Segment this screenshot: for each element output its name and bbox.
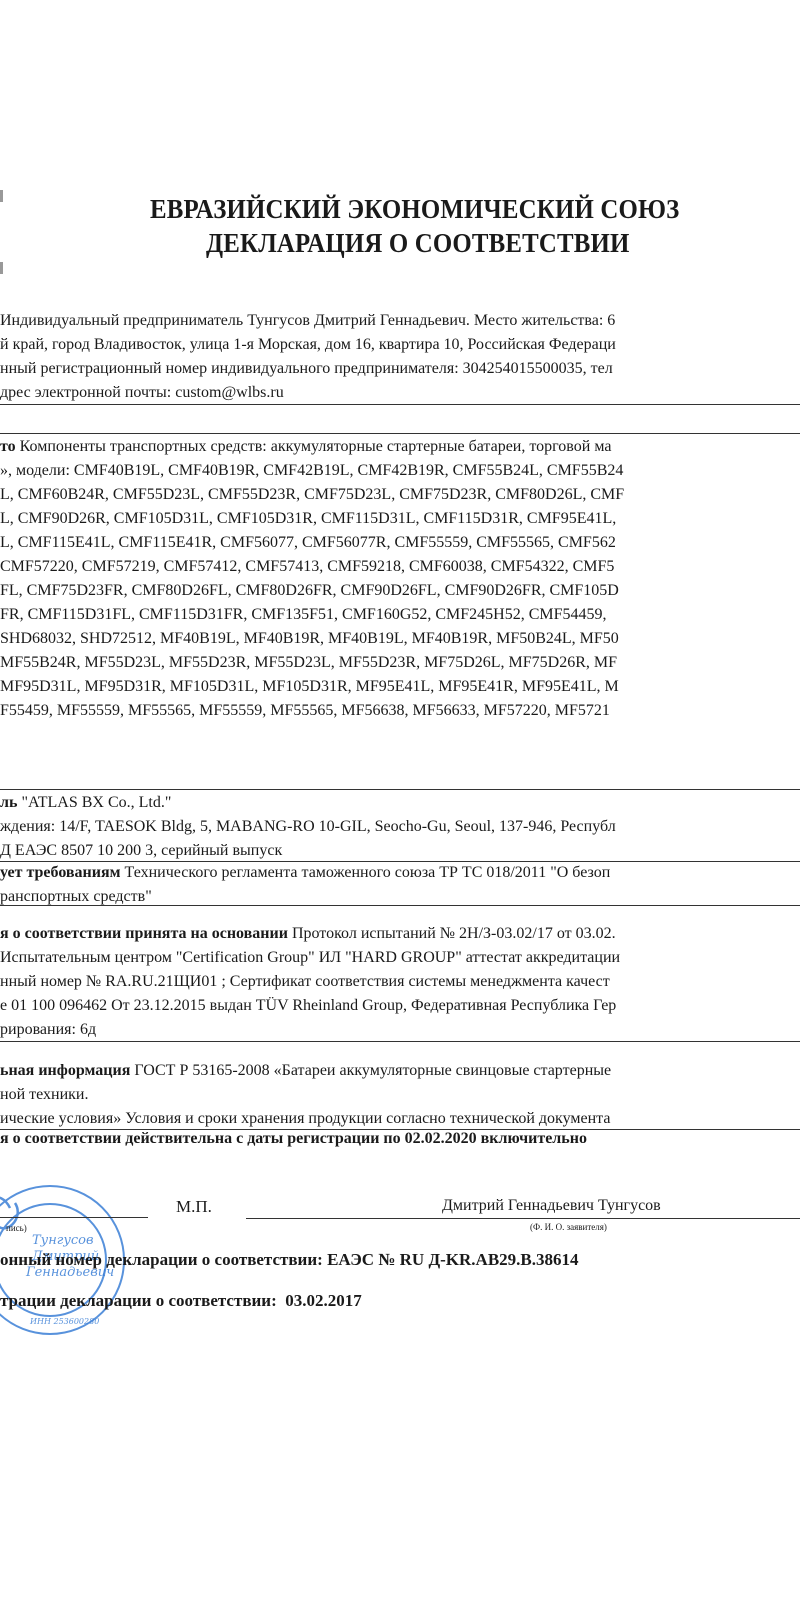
product-models-line: L, CMF60B24R, CMF55D23L, CMF55D23R, CMF7… [0, 484, 624, 506]
signer-name: Дмитрий Геннадьевич Тунгусов [442, 1195, 661, 1217]
manufacturer-label: ль [0, 794, 17, 811]
applicant-email: дрес электронной почты: custom@wlbs.ru [0, 382, 284, 404]
signature-caption: пись) [6, 1223, 27, 1233]
product-models-line: FL, CMF75D23FR, CMF80D26FL, CMF80D26FR, … [0, 580, 619, 602]
product-models-line: MF55B24R, MF55D23L, MF55D23R, MF55D23L, … [0, 652, 617, 674]
applicant-line: нный регистрационный номер индивидуально… [0, 358, 613, 380]
basis-line: я о соответствии принята на основании Пр… [0, 923, 616, 945]
basis-line: рирования: 6д [0, 1019, 96, 1041]
additional-line: ьная информация ГОСТ Р 53165-2008 «Батар… [0, 1060, 611, 1082]
signer-caption: (Ф. И. О. заявителя) [530, 1222, 607, 1232]
product-models-line: F55459, MF55559, MF55565, MF55559, MF555… [0, 700, 610, 722]
compliance-line: ует требованиям Технического регламента … [0, 862, 610, 884]
product-models-line: FR, CMF115D31FL, CMF115D31FR, CMF135F51,… [0, 604, 607, 626]
applicant-line: Индивидуальный предприниматель Тунгусов … [0, 310, 615, 332]
basis-line: Испытательным центром "Certification Gro… [0, 947, 620, 969]
signer-name-line [246, 1218, 800, 1219]
svg-text:Тунгусов: Тунгусов [32, 1233, 94, 1248]
validity-line: я о соответствии действительна с даты ре… [0, 1128, 587, 1150]
product-models-line: L, CMF90D26R, CMF105D31L, CMF105D31R, CM… [0, 508, 616, 530]
section-divider [0, 1041, 800, 1042]
compliance-label: ует требованиям [0, 864, 121, 881]
svg-text:ИНН 253600280: ИНН 253600280 [29, 1317, 99, 1326]
registration-date: 03.02.2017 [285, 1291, 362, 1310]
additional-line: ной техники. [0, 1084, 88, 1106]
product-label: то [0, 438, 16, 455]
basis-line: нный номер № RA.RU.21ЩИ01 ; Сертификат с… [0, 971, 610, 993]
union-title: ЕВРАЗИЙСКИЙ ЭКОНОМИЧЕСКИЙ СОЮЗ [150, 194, 794, 225]
signature-line[interactable] [0, 1217, 148, 1218]
basis-label: я о соответствии принята на основании [0, 925, 288, 942]
section-divider [0, 789, 800, 790]
declaration-title: ДЕКЛАРАЦИЯ О СООТВЕТСТВИИ [206, 228, 800, 259]
product-models-line: MF95D31L, MF95D31R, MF105D31L, MF105D31R… [0, 676, 619, 698]
additional-label: ьная информация [0, 1062, 130, 1079]
product-models-line: », модели: CMF40B19L, CMF40B19R, CMF42B1… [0, 460, 623, 482]
seal-place-label: М.П. [176, 1196, 212, 1218]
registration-date-line: трации декларации о соответствии: 03.02.… [0, 1290, 362, 1312]
manufacturer-name-line: ль "ATLAS BX Co., Ltd." [0, 792, 171, 814]
basis-line: е 01 100 096462 От 23.12.2015 выдан TÜV … [0, 995, 616, 1017]
product-line: то Компоненты транспортных средств: акку… [0, 436, 611, 458]
manufacturer-address: ждения: 14/F, TAESOK Bldg, 5, MABANG-RO … [0, 816, 616, 838]
applicant-line: й край, город Владивосток, улица 1-я Мор… [0, 334, 616, 356]
product-code: Д ЕАЭС 8507 10 200 3, серийный выпуск [0, 840, 282, 862]
section-divider [0, 905, 800, 906]
product-models-line: CMF57220, CMF57219, CMF57412, CMF57413, … [0, 556, 614, 578]
registration-number: ЕАЭС № RU Д-KR.AB29.B.38614 [327, 1250, 578, 1269]
registration-number-line: онный номер декларации о соответствии: Е… [0, 1249, 579, 1271]
scan-edge-mark [0, 190, 3, 202]
section-divider [0, 404, 800, 405]
product-models-line: SHD68032, SHD72512, MF40B19L, MF40B19R, … [0, 628, 619, 650]
product-models-line: L, CMF115E41L, CMF115E41R, CMF56077, CMF… [0, 532, 616, 554]
additional-line: ические условия» Условия и сроки хранени… [0, 1108, 610, 1130]
section-divider [0, 433, 800, 434]
declaration-page: ЕВРАЗИЙСКИЙ ЭКОНОМИЧЕСКИЙ СОЮЗ ДЕКЛАРАЦИ… [0, 0, 800, 1600]
scan-edge-mark [0, 262, 3, 274]
